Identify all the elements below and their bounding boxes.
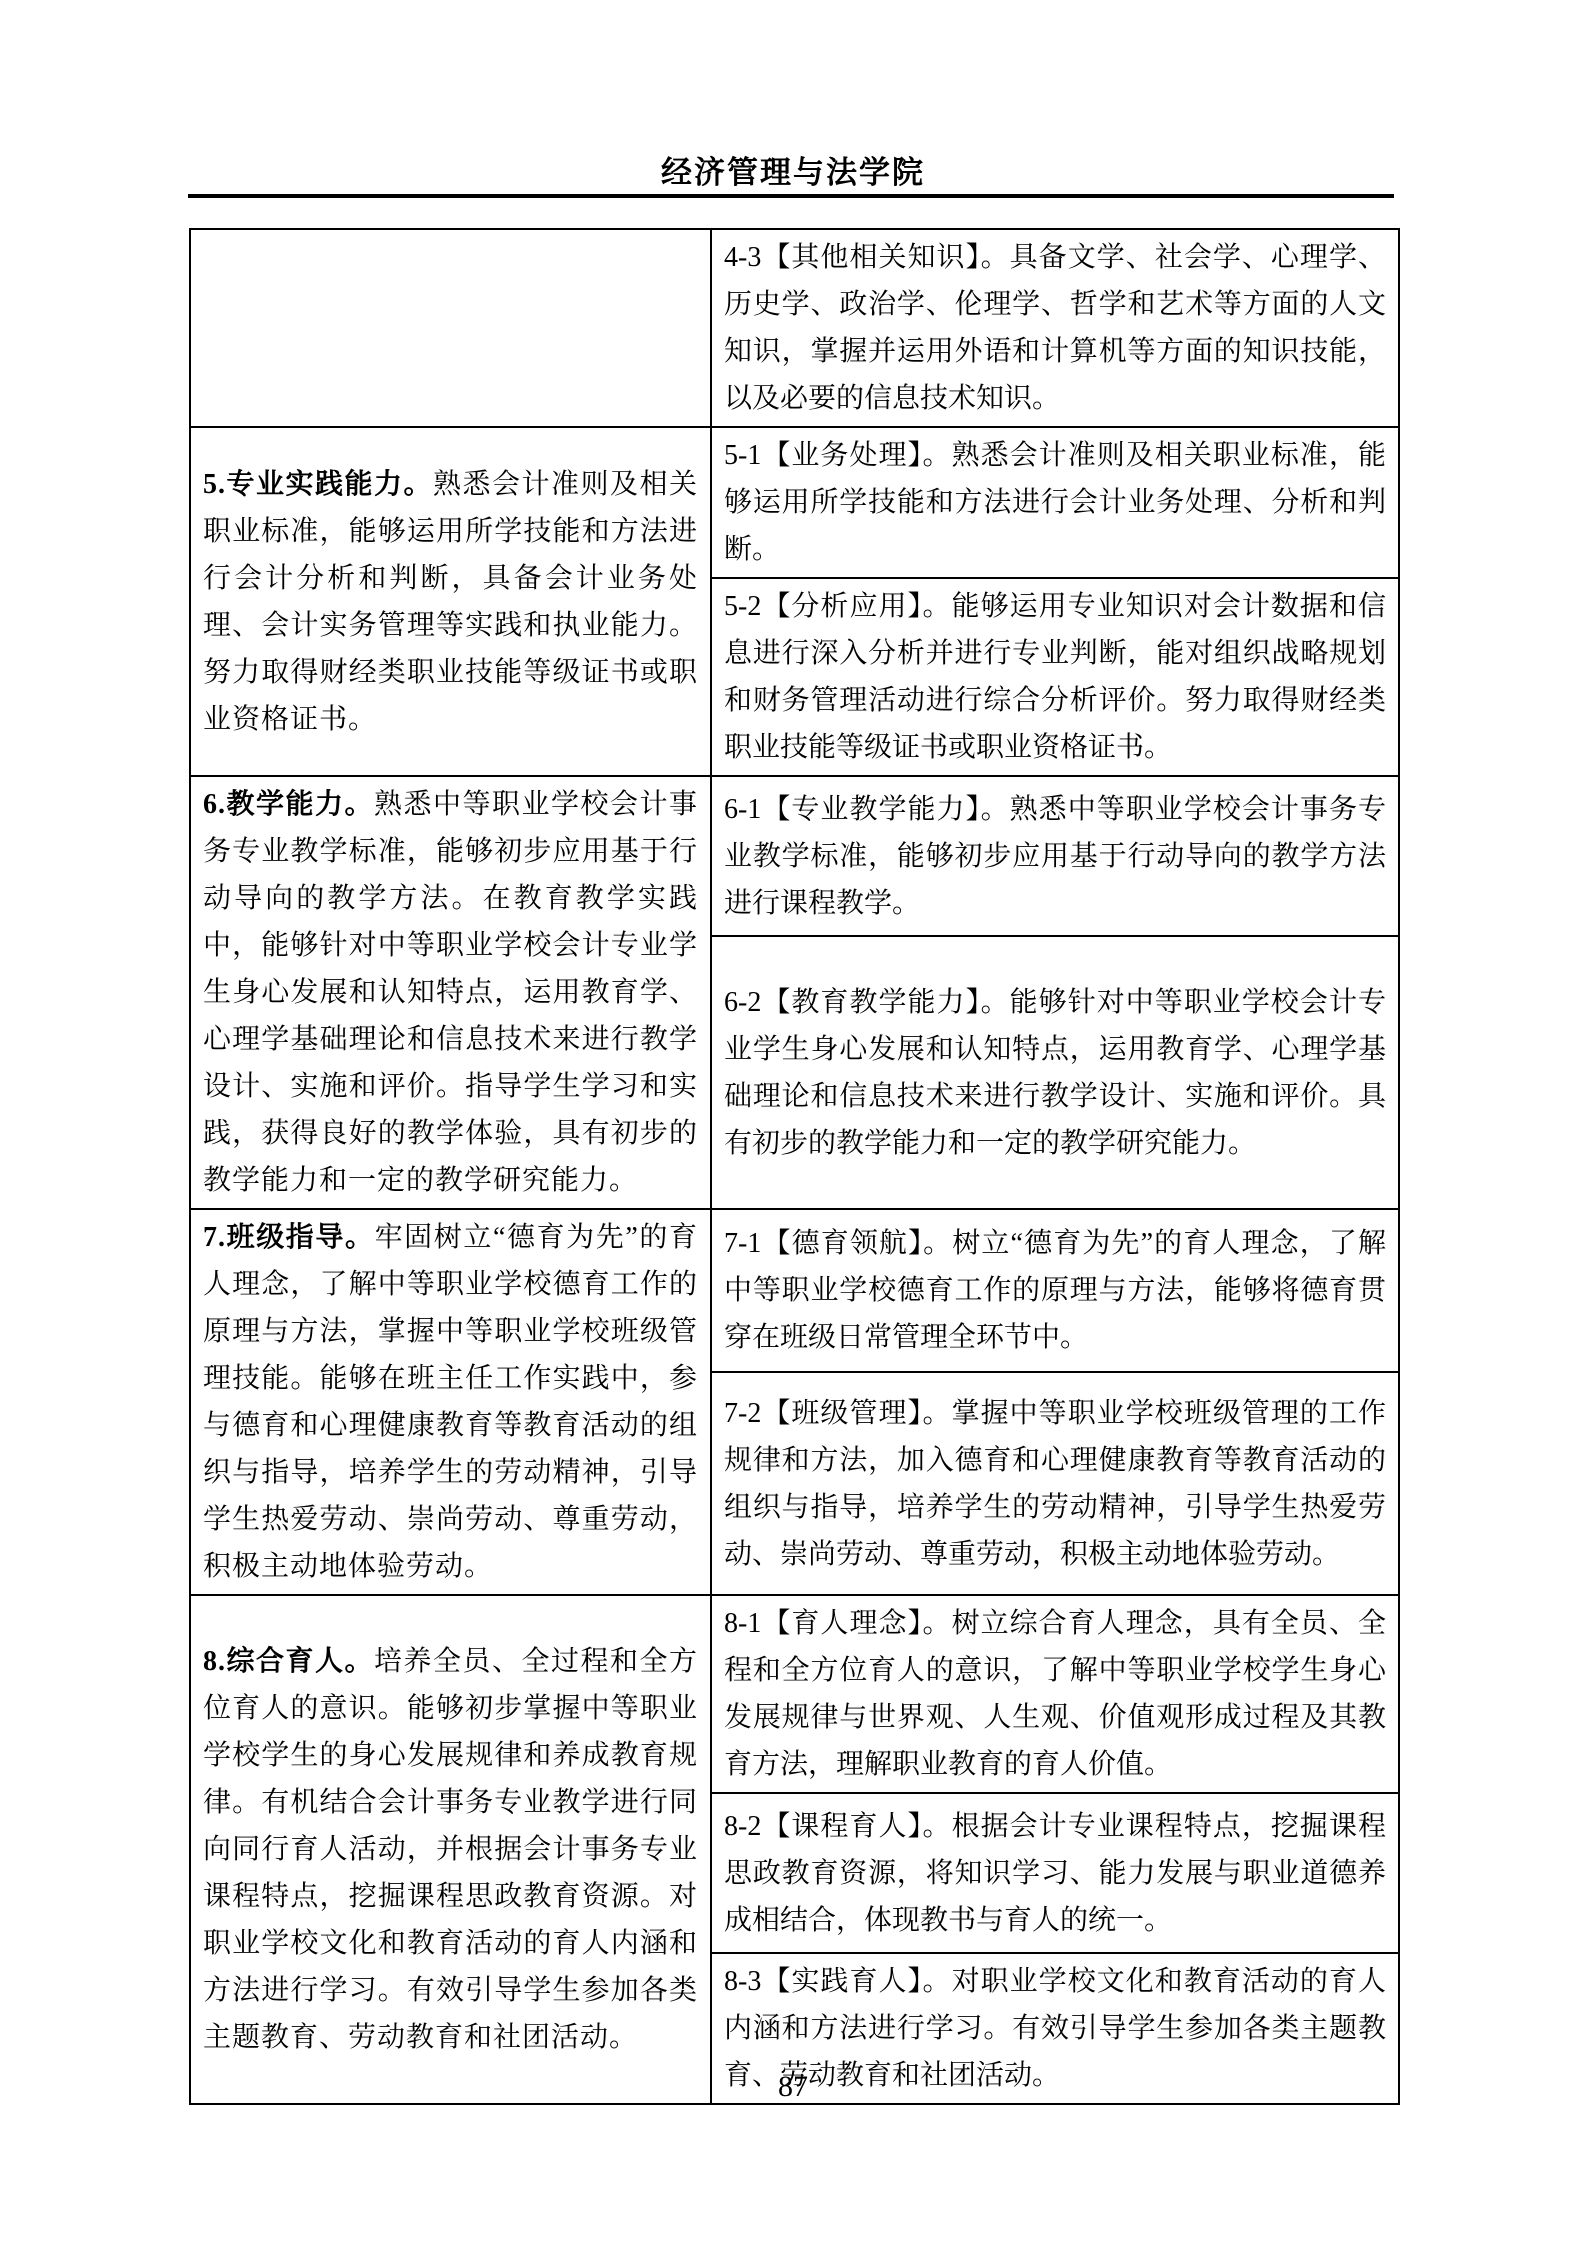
section7-heading: 7.班级指导。: [203, 1222, 375, 1253]
cell-left-section5: 5.专业实践能力。熟悉会计准则及相关职业标准，能够运用所学技能和方法进行会计分析…: [190, 427, 711, 776]
cell-left-section6: 6.教学能力。熟悉中等职业学校会计事务专业教学标准，能够初步应用基于行动导向的教…: [190, 776, 711, 1209]
section6-heading: 6.教学能力。: [203, 789, 374, 820]
cell-right-4-3: 4-3【其他相关知识】。具备文学、社会学、心理学、历史学、政治学、伦理学、哲学和…: [711, 229, 1399, 427]
cell-right-7-2: 7-2【班级管理】。掌握中等职业学校班级管理的工作规律和方法，加入德育和心理健康…: [711, 1372, 1399, 1595]
section5-body: 熟悉会计准则及相关职业标准，能够运用所学技能和方法进行会计分析和判断，具备会计业…: [203, 469, 698, 735]
cell-right-5-2: 5-2【分析应用】。能够运用专业知识对会计数据和信息进行深入分析并进行专业判断，…: [711, 578, 1399, 776]
cell-right-5-1: 5-1【业务处理】。熟悉会计准则及相关职业标准，能够运用所学技能和方法进行会计业…: [711, 427, 1399, 578]
page-number: 87: [0, 2070, 1586, 2104]
cell-left-section8: 8.综合育人。培养全员、全过程和全方位育人的意识。能够初步掌握中等职业学校学生的…: [190, 1595, 711, 2104]
cell-left-section4: [190, 229, 711, 427]
document-page: 经济管理与法学院 4-3【其他相关知识】。具备文学、社会学、心理学、历史学、政治…: [0, 0, 1586, 2245]
cell-right-7-1: 7-1【德育领航】。树立“德育为先”的育人理念，了解中等职业学校德育工作的原理与…: [711, 1209, 1399, 1372]
section8-body: 培养全员、全过程和全方位育人的意识。能够初步掌握中等职业学校学生的身心发展规律和…: [203, 1646, 698, 2053]
cell-right-8-2: 8-2【课程育人】。根据会计专业课程特点，挖掘课程思政教育资源，将知识学习、能力…: [711, 1793, 1399, 1953]
section5-heading: 5.专业实践能力。: [203, 469, 433, 500]
cell-right-6-1: 6-1【专业教学能力】。熟悉中等职业学校会计事务专业教学标准，能够初步应用基于行…: [711, 776, 1399, 936]
section7-body: 牢固树立“德育为先”的育人理念，了解中等职业学校德育工作的原理与方法，掌握中等职…: [203, 1222, 698, 1582]
cell-right-8-1: 8-1【育人理念】。树立综合育人理念，具有全员、全程和全方位育人的意识，了解中等…: [711, 1595, 1399, 1793]
section6-body: 熟悉中等职业学校会计事务专业教学标准，能够初步应用基于行动导向的教学方法。在教育…: [203, 789, 698, 1196]
section8-heading: 8.综合育人。: [203, 1646, 374, 1677]
page-header-title: 经济管理与法学院: [0, 147, 1586, 192]
cell-right-6-2: 6-2【教育教学能力】。能够针对中等职业学校会计专业学生身心发展和认知特点，运用…: [711, 936, 1399, 1209]
header-rule: [188, 194, 1394, 198]
competency-table: 4-3【其他相关知识】。具备文学、社会学、心理学、历史学、政治学、伦理学、哲学和…: [189, 228, 1400, 2105]
cell-left-section7: 7.班级指导。牢固树立“德育为先”的育人理念，了解中等职业学校德育工作的原理与方…: [190, 1209, 711, 1595]
